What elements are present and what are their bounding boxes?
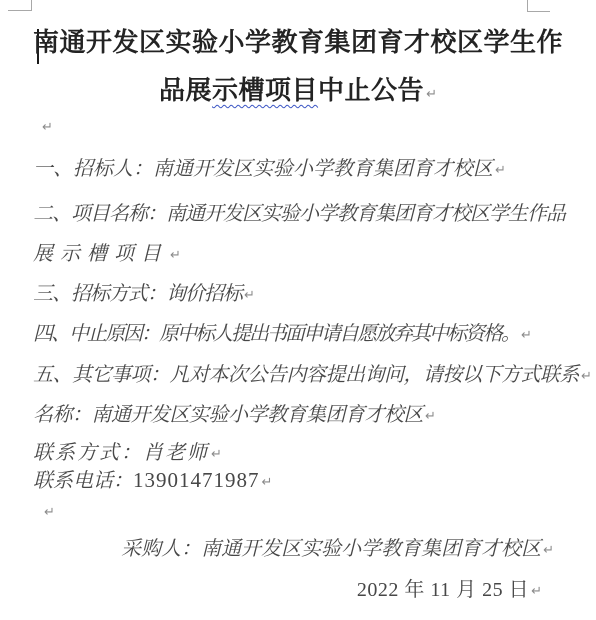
paragraph-text[interactable]: 三、招标方式：询价招标 xyxy=(33,283,242,305)
paragraph-mark-icon: ↵ xyxy=(244,288,255,303)
paragraph-contact-phone[interactable]: 联系电话：13901471987↵ xyxy=(33,467,272,496)
phone-number[interactable]: 13901471987 xyxy=(133,468,260,492)
paragraph-mark-icon: ↵ xyxy=(211,447,222,462)
paragraph-other-matters[interactable]: 五、其它事项：凡对本次公告内容提出询问，请按以下方式联系↵ xyxy=(33,362,592,390)
paragraph-text[interactable]: 展示槽项目 xyxy=(33,243,168,265)
paragraph-project-name-line-2[interactable]: 展示槽项目↵ xyxy=(33,241,181,269)
title-text[interactable]: 中止公告 xyxy=(318,75,424,105)
crop-mark-top-right-icon xyxy=(527,0,550,12)
paragraph-bid-method[interactable]: 三、招标方式：询价招标↵ xyxy=(33,281,255,309)
title-line-1[interactable]: 南通开发区实验小学教育集团育才校区学生作 xyxy=(0,24,596,60)
paragraph-bidder[interactable]: 一、招标人：南通开发区实验小学教育集团育才校区↵ xyxy=(33,156,506,184)
paragraph-mark-icon: ↵ xyxy=(543,543,554,558)
paragraph-text[interactable]: 采购人：南通开发区实验小学教育集团育才校区 xyxy=(121,538,541,560)
paragraph-mark-icon: ↵ xyxy=(521,328,532,343)
crop-mark-top-left-icon xyxy=(8,0,32,11)
paragraph-mark-icon: ↵ xyxy=(426,87,437,102)
paragraph-text[interactable]: 名称：南通开发区实验小学教育集团育才校区 xyxy=(33,404,423,426)
title-text[interactable]: 南通开发区实验小学教育集团育才校区学生作 xyxy=(33,27,563,57)
paragraph-text[interactable]: 联系方式：肖老师 xyxy=(33,442,209,464)
document-page[interactable]: 南通开发区实验小学教育集团育才校区学生作 品展示槽项目中止公告↵ ↵ 一、招标人… xyxy=(0,0,596,620)
paragraph-text[interactable]: 一、招标人：南通开发区实验小学教育集团育才校区 xyxy=(33,158,493,180)
paragraph-termination-reason[interactable]: 四、中止原因：原中标人提出书面申请自愿放弃其中标资格。↵ xyxy=(33,321,532,349)
paragraph-mark-icon: ↵ xyxy=(425,409,436,424)
date-text[interactable]: 2022 年 11 月 25 日 xyxy=(357,579,529,601)
paragraph-mark-icon: ↵ xyxy=(495,163,506,178)
paragraph-mark-icon: ↵ xyxy=(531,584,542,599)
paragraph-mark-icon: ↵ xyxy=(44,505,55,520)
title-text[interactable]: 品展 xyxy=(159,75,212,105)
paragraph-mark-icon: ↵ xyxy=(262,475,273,490)
paragraph-project-name-line-1[interactable]: 二、项目名称：南通开发区实验小学教育集团育才校区学生作品 xyxy=(33,201,565,227)
paragraph-mark-icon: ↵ xyxy=(170,248,181,263)
phone-label[interactable]: 联系电话： xyxy=(33,470,133,492)
paragraph-date[interactable]: 2022 年 11 月 25 日↵ xyxy=(357,573,542,602)
paragraph-purchaser-signature[interactable]: 采购人：南通开发区实验小学教育集团育才校区↵ xyxy=(121,536,554,564)
spellcheck-flagged-text[interactable]: 示槽项目 xyxy=(212,75,318,105)
paragraph-org-name[interactable]: 名称：南通开发区实验小学教育集团育才校区↵ xyxy=(33,402,436,430)
title-line-2[interactable]: 品展示槽项目中止公告↵ xyxy=(0,72,596,113)
paragraph-text[interactable]: 二、项目名称：南通开发区实验小学教育集团育才校区学生作品 xyxy=(33,203,565,225)
paragraph-mark-icon: ↵ xyxy=(42,120,53,135)
paragraph-mark-icon: ↵ xyxy=(581,369,592,384)
paragraph-contact-person[interactable]: 联系方式：肖老师↵ xyxy=(33,440,222,468)
paragraph-text[interactable]: 五、其它事项：凡对本次公告内容提出询问，请按以下方式联系 xyxy=(33,364,579,386)
paragraph-text[interactable]: 四、中止原因：原中标人提出书面申请自愿放弃其中标资格。 xyxy=(33,323,519,345)
